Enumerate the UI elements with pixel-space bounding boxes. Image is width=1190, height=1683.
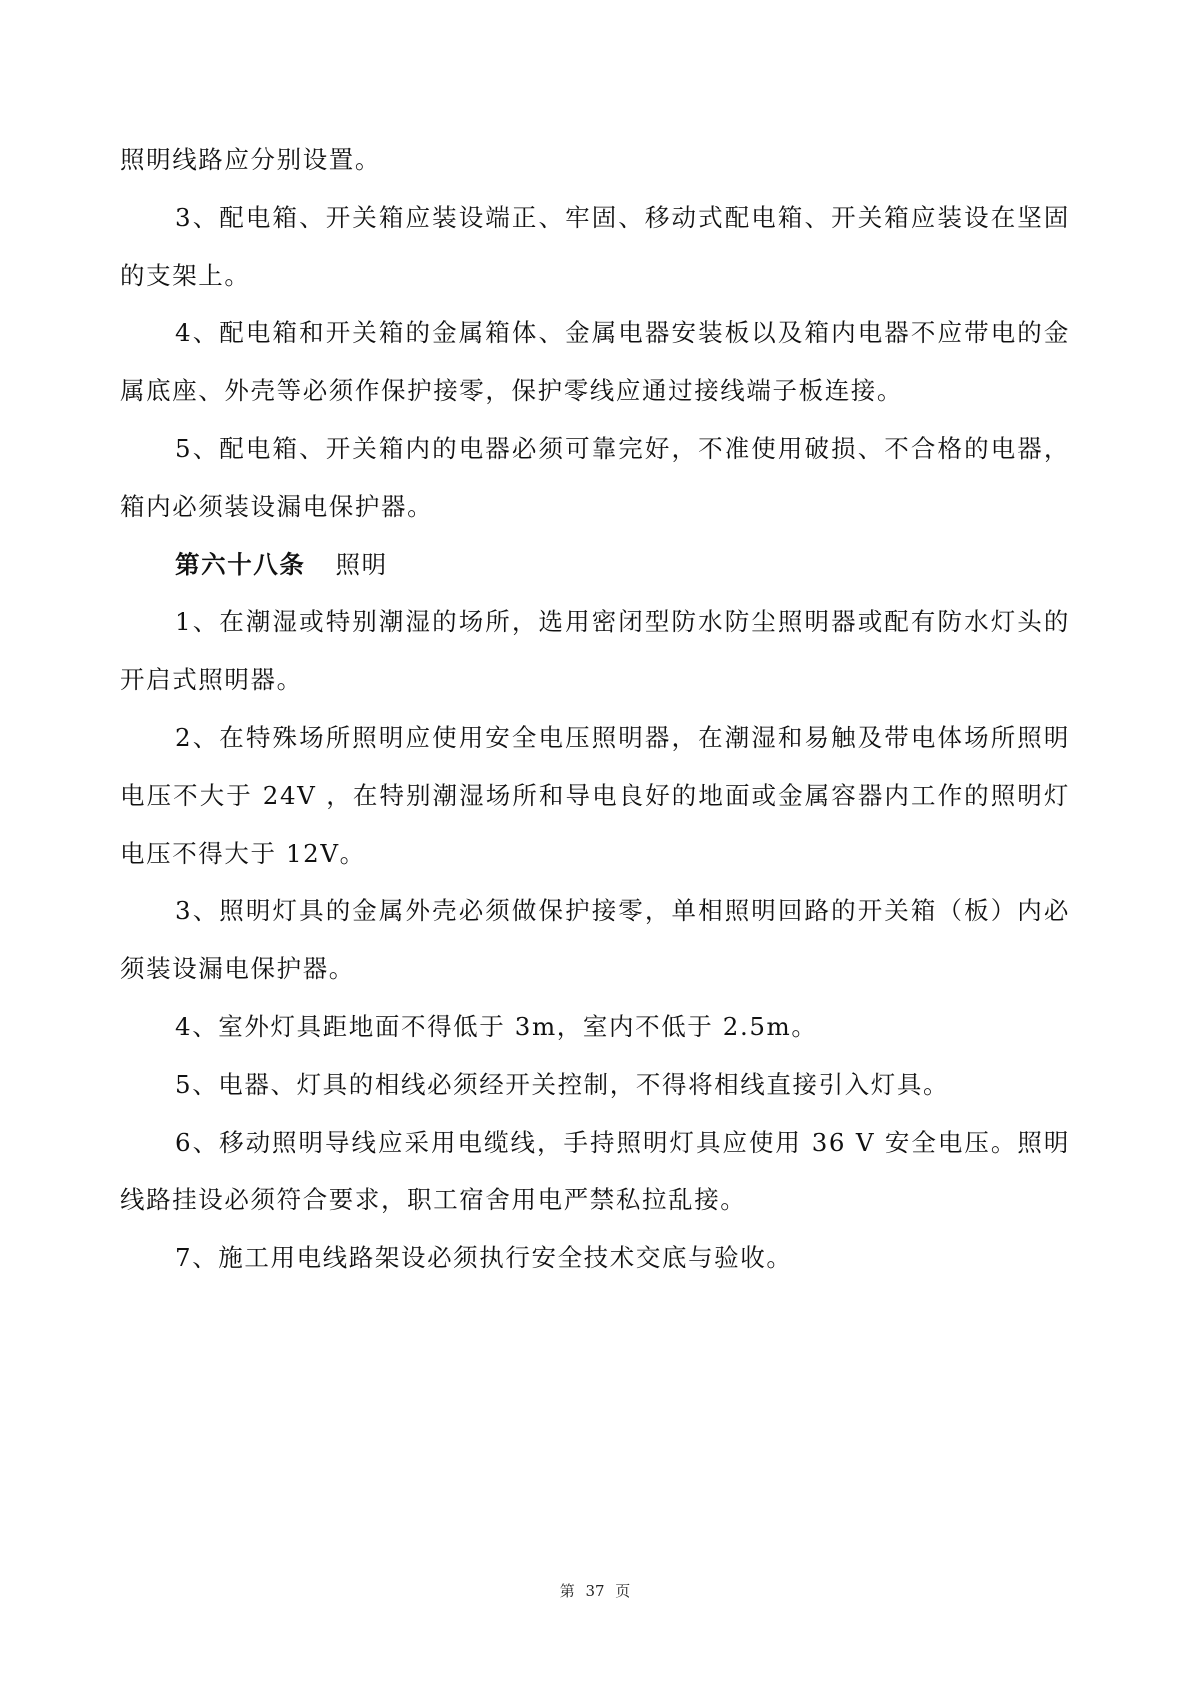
paragraph-item-4: 4、配电箱和开关箱的金属箱体、金属电器安装板以及箱内电器不应带电的金属底座、外壳… (120, 304, 1070, 420)
page-number: 第 37 页 (0, 1580, 1190, 1601)
lighting-item-5: 5、电器、灯具的相线必须经开关控制，不得将相线直接引入灯具。 (120, 1056, 1070, 1114)
document-body: 照明线路应分别设置。 3、配电箱、开关箱应装设端正、牢固、移动式配电箱、开关箱应… (120, 131, 1070, 1287)
section-number: 第六十八条 (175, 550, 306, 579)
lighting-item-4: 4、室外灯具距地面不得低于 3m，室内不低于 2.5m。 (120, 998, 1070, 1056)
section-heading: 第六十八条照明 (120, 536, 1070, 594)
paragraph-item-5: 5、配电箱、开关箱内的电器必须可靠完好，不准使用破损、不合格的电器，箱内必须装设… (120, 420, 1070, 536)
lighting-item-6: 6、移动照明导线应采用电缆线，手持照明灯具应使用 36 V 安全电压。照明线路挂… (120, 1114, 1070, 1230)
lighting-item-2: 2、在特殊场所照明应使用安全电压照明器，在潮湿和易触及带电体场所照明电压不大于 … (120, 709, 1070, 882)
paragraph-item-3: 3、配电箱、开关箱应装设端正、牢固、移动式配电箱、开关箱应装设在坚固的支架上。 (120, 189, 1070, 305)
lighting-item-1: 1、在潮湿或特别潮湿的场所，选用密闭型防水防尘照明器或配有防水灯头的开启式照明器… (120, 593, 1070, 709)
lighting-item-7: 7、施工用电线路架设必须执行安全技术交底与验收。 (120, 1229, 1070, 1287)
section-title: 照明 (336, 550, 388, 579)
paragraph-continuation: 照明线路应分别设置。 (120, 131, 1070, 189)
lighting-item-3: 3、照明灯具的金属外壳必须做保护接零，单相照明回路的开关箱（板）内必须装设漏电保… (120, 882, 1070, 998)
